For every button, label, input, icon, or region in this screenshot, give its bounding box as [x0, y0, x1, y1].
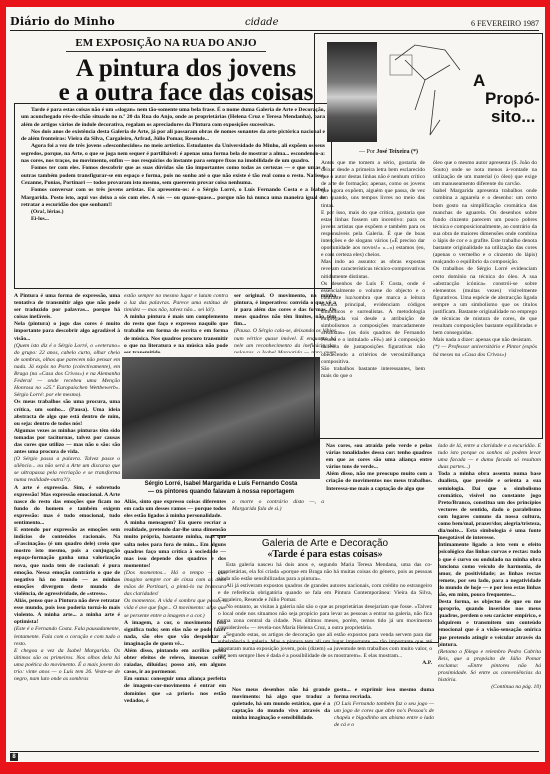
headline-line-1: A pintura dos jovens — [36, 57, 336, 81]
title-line-1: A — [473, 72, 540, 90]
headline-line-2: e a outra face das coisas — [36, 81, 336, 105]
article-column-4-mid: Nas cores, sou atraída pelo verde e pela… — [326, 443, 432, 523]
newspaper-title: Diário do Minho — [10, 15, 115, 28]
body-paragraph: A minha pintura é mais um complemento do… — [124, 314, 228, 353]
aside-paragraph: Os desenhos de Luís F. Costa, onde é ess… — [321, 281, 425, 366]
caption-line-2: — os pintores quando falavam à nossa rep… — [122, 489, 320, 497]
body-paragraph: Em suma: conseguir uma aliança perfeita … — [124, 676, 226, 704]
body-paragraph: A arte é expressão. Sim, é sobretudo exp… — [14, 485, 120, 528]
aside-paragraph: óleo que o mesmo autor apresenta (S. Joã… — [433, 160, 537, 188]
intro-paragraph: Fomos conversar com os três jovens artis… — [21, 187, 325, 209]
intro-box: Tarde é para estas coisas não é um «slog… — [14, 103, 332, 289]
intro-paragraph: Nos dois anos de existência desta Galeri… — [21, 129, 325, 144]
title-line-3: sito... — [473, 108, 540, 126]
body-paragraph: Nela (pintura) o jogo das cores é muito … — [14, 321, 120, 342]
galeria-paragraph: Esta galeria nasceu há dois anos e, segu… — [218, 562, 432, 583]
galeria-sidebar-box: Galeria de Arte e Decoração «Tarde é par… — [211, 535, 439, 643]
galeria-title: Galeria de Arte e Decoração — [218, 538, 432, 549]
body-paragraph: Aliás, sinto que expresso coisas diferen… — [124, 499, 226, 520]
article-column-5: lado de lá, entre a claridade e a escuri… — [438, 443, 541, 749]
body-paragraph: (O Luís Fernando também faz o seu jogo —… — [334, 701, 434, 729]
galeria-paragraph: Ali já estiveram expostos quadros de gra… — [218, 583, 432, 604]
page-number: 8 — [10, 753, 18, 761]
body-paragraph: a morte o contrário disto —, a Margarida… — [232, 499, 324, 513]
article-column-1: A Pintura é uma forma de expressão, uma … — [14, 293, 120, 743]
masthead: Diário do Minho cidade 6 FEVEREIRO 1987 — [10, 13, 539, 31]
body-paragraph: (O Sérgio passa a palavra. Talvez passe … — [14, 456, 120, 484]
galeria-subtitle: «Tarde é para estas coisas» — [218, 549, 432, 560]
body-paragraph: E entendo por expressão as emoções sem i… — [14, 527, 120, 598]
intro-paragraph: Tarde é para estas coisas não é um «slog… — [21, 107, 325, 129]
byline-prefix: — Por — [359, 149, 375, 155]
article-column-3-mid: a morte o contrário disto —, a Margarida… — [232, 499, 324, 519]
body-paragraph: estão sempre no mesmo lugar e lutam cont… — [124, 293, 228, 314]
galeria-paragraph: No entanto, as visitas à galeria não são… — [218, 604, 432, 632]
body-paragraph: Nos meus desenhos não há grande moviment… — [232, 687, 330, 722]
a-proposito-title: A Propó- sito... — [473, 72, 540, 126]
author-footnote: (*) — Professor universitário e Pintor (… — [433, 344, 537, 358]
galeria-paragraph: Segundo estas, os artigos de decoração q… — [218, 632, 432, 660]
article-headline: A pintura dos jovens e a outra face das … — [36, 57, 336, 105]
continued-note: (Continua na pág. 10) — [438, 684, 541, 691]
aside-paragraph: São trabalhos bastante interessantes, be… — [321, 366, 425, 380]
photo-caption: Sérgio Lorré, Isabel Margarida e Luís Fe… — [122, 481, 320, 496]
byline-author: José Teixeira (*) — [376, 149, 418, 155]
byline: — Por José Teixeira (*) — [359, 149, 418, 155]
title-line-2: Propó- — [473, 90, 540, 108]
body-paragraph: gosto... e exprimir isso mesmo duma form… — [334, 687, 434, 701]
artists-photo — [122, 357, 320, 479]
body-paragraph: Nas cores, sou atraída pelo verde e pela… — [326, 443, 432, 471]
body-paragraph: Algumas vezes as minhas pinturas têm sid… — [14, 428, 120, 456]
body-paragraph: (Quem isto diz é o Sérgio Lorré, o «vete… — [14, 343, 120, 400]
intro-paragraph: (Ora!, lérias.) — [21, 209, 325, 216]
body-paragraph: E chegou a vez da Isabel Margarida. Os ú… — [14, 648, 120, 683]
article-column-2-top: estão sempre no mesmo lugar e lutam cont… — [124, 293, 228, 353]
article-column-3-bottom: Nos meus desenhos não há grande moviment… — [232, 687, 330, 747]
body-paragraph: Os meus trabalhos são uma procura, uma c… — [14, 399, 120, 427]
aside-paragraph: Os trabalhos de Sérgio Lorré evidenciam … — [433, 266, 537, 337]
intro-paragraph: Fomos ter com eles. Fomos descobrir que … — [21, 165, 325, 187]
body-paragraph: Além disso, não me preocupo muito com a … — [326, 471, 432, 492]
aside-paragraph: Isabel Margarida apresenta trabalhos ond… — [433, 188, 537, 266]
sketch-illustration — [385, 40, 465, 145]
newspaper-page: Diário do Minho cidade 6 FEVEREIRO 1987 … — [6, 7, 545, 762]
section-name: cidade — [245, 17, 278, 28]
article-kicker: EM EXPOSIÇÃO NA RUA DO ANJO — [66, 37, 266, 52]
a-proposito-box: A Propó- sito... — Por José Teixeira (*)… — [314, 33, 543, 439]
body-paragraph: (Este é o Fernando Costa. Fala pausadame… — [14, 626, 120, 647]
body-paragraph: (Retomo o fôlego e relembro Pedro Cabrit… — [438, 649, 541, 684]
author-portrait — [327, 42, 377, 142]
intro-paragraph: Ei-los... — [21, 216, 325, 223]
aside-column-1: Antes que me tomem a sério, gostaria de … — [321, 160, 425, 436]
body-paragraph: Aliás, penso que a Pintura não deve retr… — [14, 598, 120, 626]
aside-column-2: óleo que o mesmo autor apresenta (S. Joã… — [433, 160, 537, 436]
aside-paragraph: Antes que me tomem a sério, gostaria de … — [321, 160, 425, 210]
footer-rule — [10, 751, 539, 752]
aside-paragraph: E por isso, mais do que crítica, gostari… — [321, 210, 425, 260]
body-paragraph: Intimamente ligado a isto vem o efeito p… — [438, 542, 541, 599]
galeria-signature: A.P. — [218, 660, 432, 667]
issue-date: 6 FEVEREIRO 1987 — [471, 19, 539, 28]
body-paragraph: lado de lá, entre a claridade e a escuri… — [438, 443, 541, 471]
aside-paragraph: Mas indo ao assunto: as obras expostas r… — [321, 259, 425, 280]
body-paragraph: A Pintura é uma forma de expressão, uma … — [14, 293, 120, 321]
body-paragraph: Toda a minha obra assenta numa base dual… — [438, 471, 541, 542]
intro-paragraph: Agora foi a vez de três jovens «desconhe… — [21, 143, 325, 165]
body-paragraph: Desta forma, os objectos de que eu me ap… — [438, 599, 541, 649]
body-paragraph: Além disso, pintando em acrílico posso o… — [124, 648, 226, 676]
caption-line-1: Sérgio Lorré, Isabel Margarida e Luís Fe… — [122, 481, 320, 489]
article-column-4-bottom: gosto... e exprimir isso mesmo duma form… — [334, 687, 434, 747]
